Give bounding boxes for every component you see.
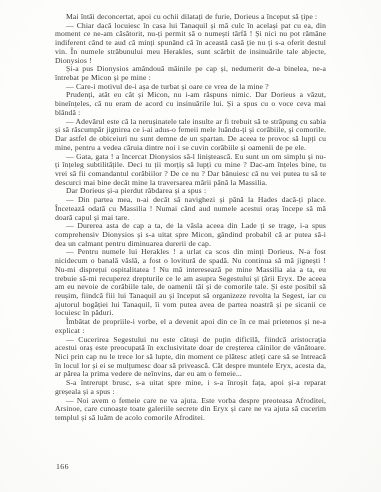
paragraph: — Durerea asta de cap a ta, de la vâsla … [55,222,326,248]
paragraph: — Pentru numele lui Herakles ! a urlat c… [55,248,326,318]
paragraph: S-a întrerupt brusc, s-a uitat spre mine… [55,379,326,396]
paragraph: — Adevărul este că la nerușinatele tale … [55,118,326,153]
paragraph: — Din partea mea, n-ai decât să navighez… [55,196,326,222]
book-page: Mai întâi deconcertat, apoi cu ochii dil… [0,0,381,492]
paragraph: Îmbătat de propriile-i vorbe, el a deven… [55,318,326,335]
paragraph: — Chiar dacă locuiesc în casa lui Tanaqu… [55,22,326,66]
text-block: Mai întâi deconcertat, apoi cu ochii dil… [55,13,326,423]
paragraph: — Cucerirea Segestului nu este câtuși de… [55,336,326,380]
page-number: 166 [56,462,69,471]
paragraph: Și-a pus Dionysios amândouă mâinile pe c… [55,65,326,82]
paragraph: — Gata, gata ! a încercat Dionysios să-l… [55,153,326,188]
paragraph: — Noi avem o femeie care ne va ajuta. Es… [55,397,326,423]
paragraph: Prudenți, atât eu cât și Micon, nu i-am … [55,91,326,117]
